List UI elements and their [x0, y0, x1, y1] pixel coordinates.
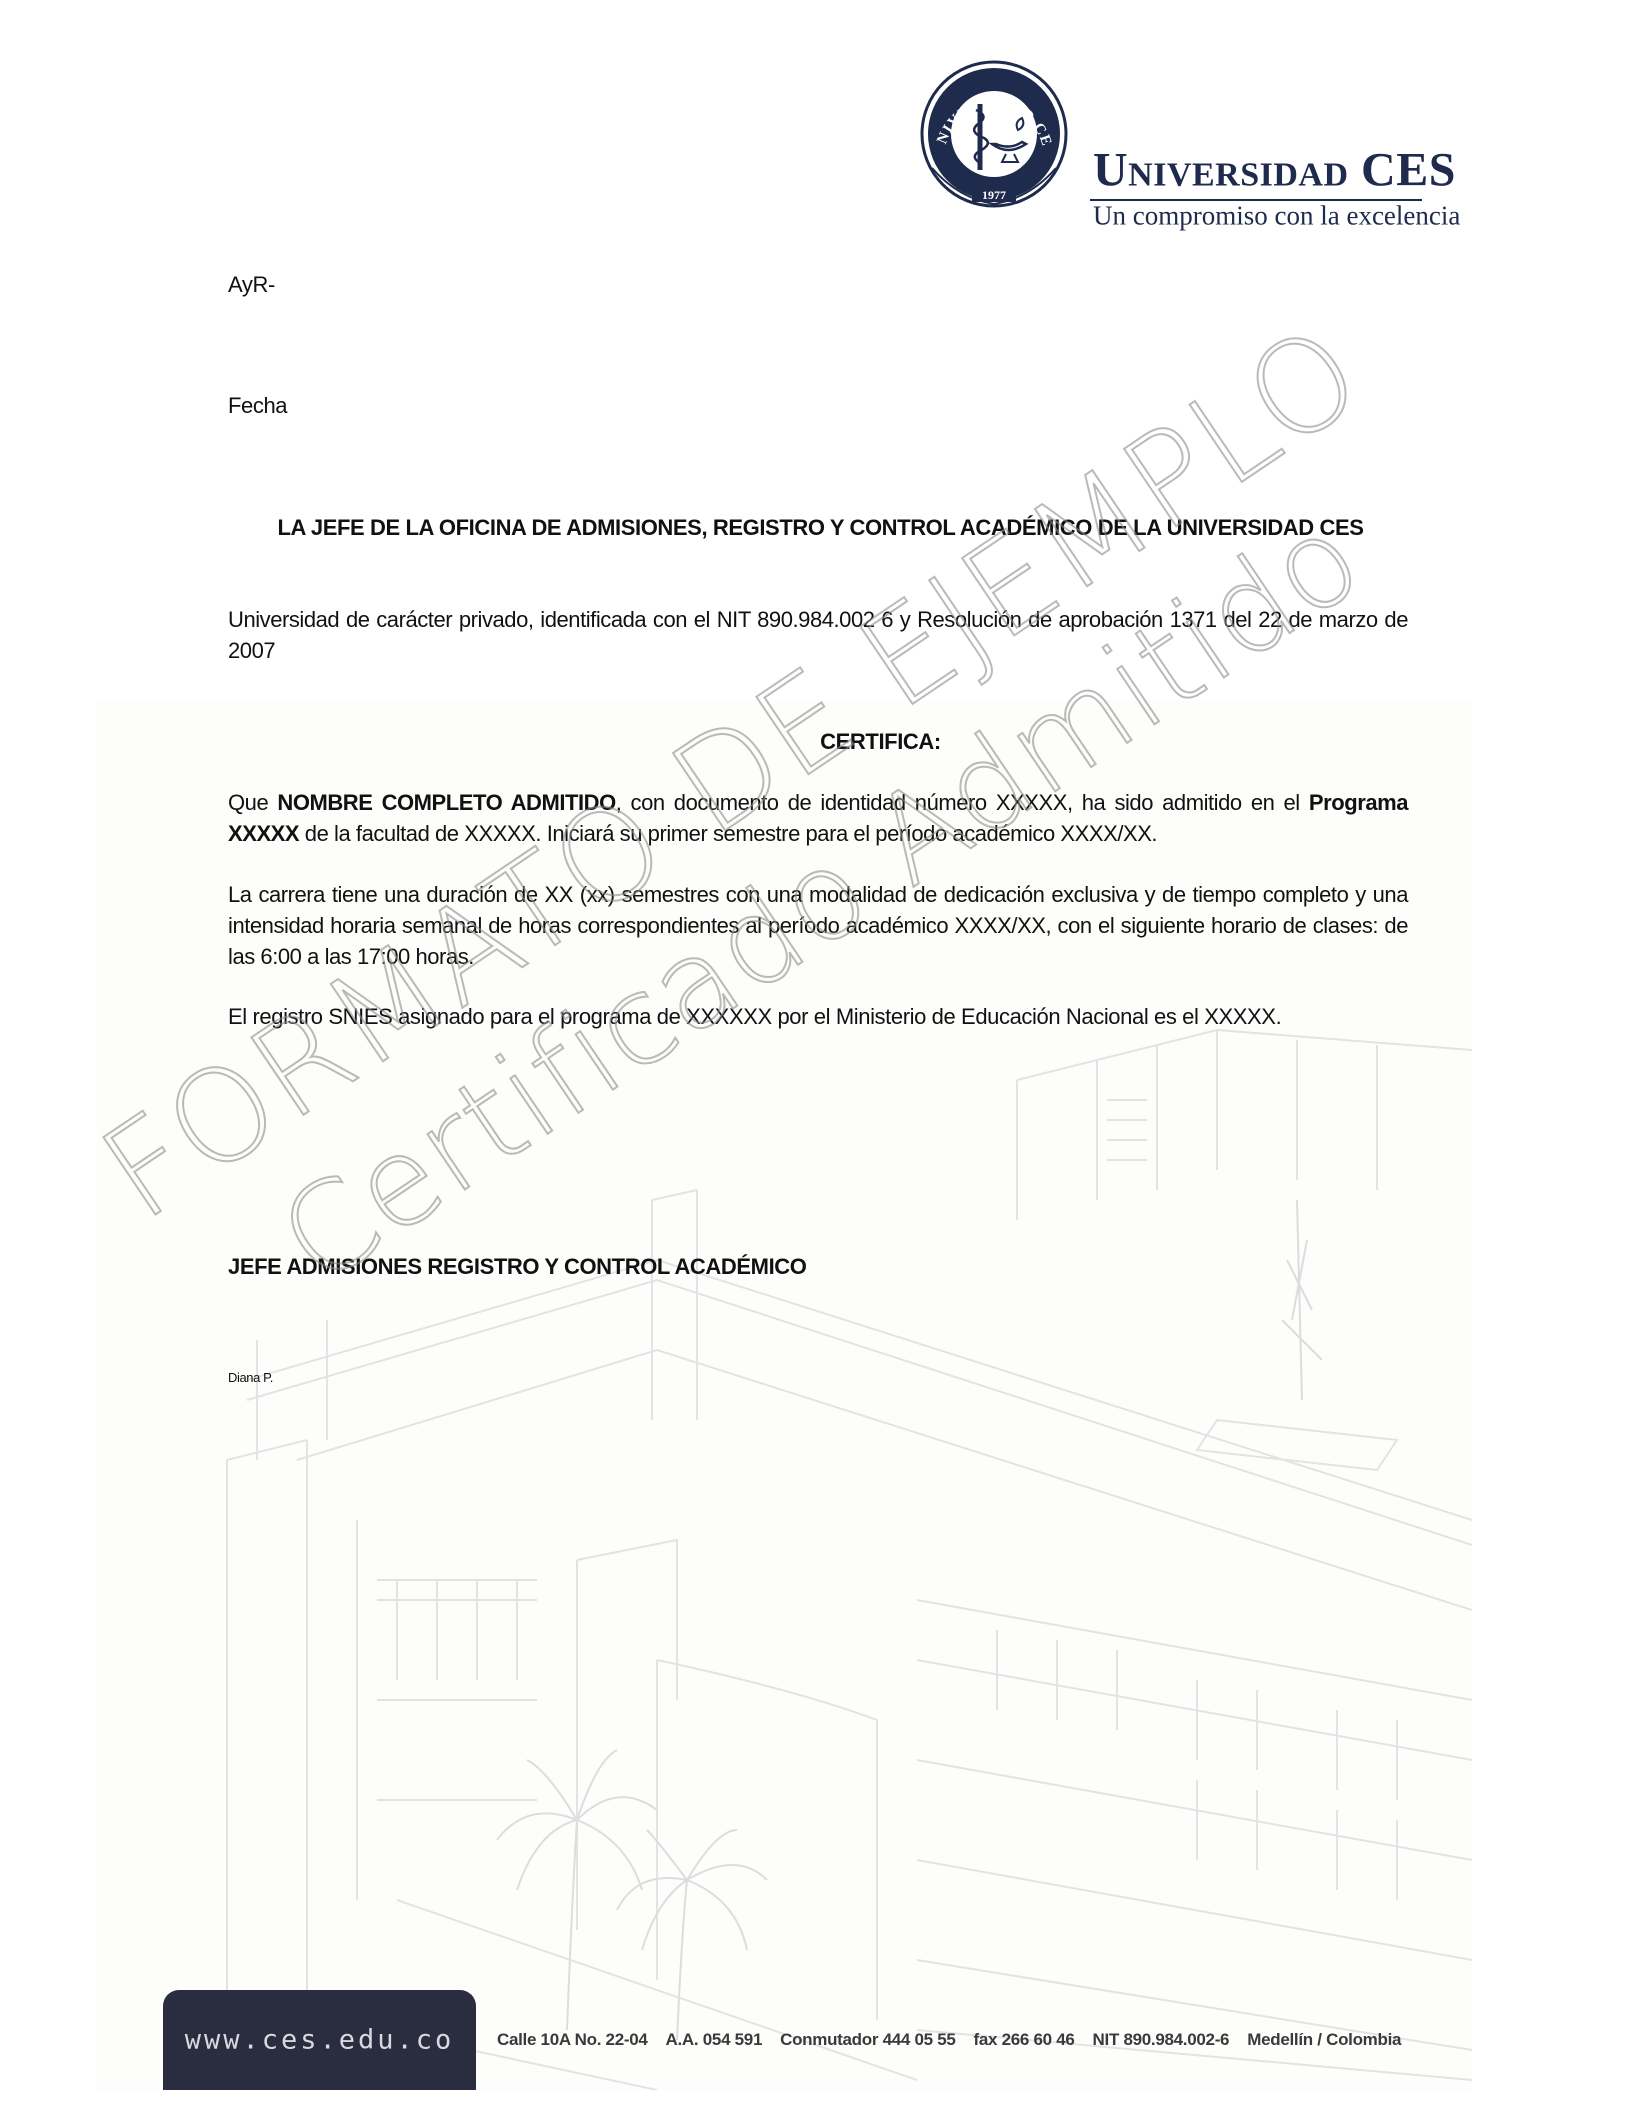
website-link[interactable]: www.ces.edu.co	[163, 2025, 476, 2056]
footer-switchboard: Conmutador 444 05 55	[780, 2030, 955, 2049]
logo-tagline: Un compromiso con la excelencia	[1093, 201, 1460, 232]
university-seal-icon: UNIVERSIDAD CES 1977	[918, 58, 1070, 210]
snies-paragraph: El registro SNIES asignado para el progr…	[228, 1004, 1281, 1030]
footer-contact-info: Calle 10A No. 22-04A.A. 054 591Conmutado…	[497, 2030, 1419, 2050]
footer-address: Calle 10A No. 22-04	[497, 2030, 648, 2049]
student-name: NOMBRE COMPLETO ADMITIDO	[277, 790, 615, 815]
logo-title: Universidad CES	[1093, 143, 1456, 198]
certificate-page: UNIVERSIDAD CES 1977 Universidad CES Un …	[0, 0, 1641, 2123]
footer-city: Medellín / Colombia	[1247, 2030, 1401, 2049]
admission-paragraph: Que NOMBRE COMPLETO ADMITIDO, con docume…	[228, 787, 1408, 849]
initials: Diana P.	[228, 1370, 273, 1385]
footer-fax: fax 266 60 46	[974, 2030, 1075, 2049]
reference-code: AyR-	[228, 272, 275, 298]
duration-paragraph: La carrera tiene una duración de XX (xx)…	[228, 879, 1408, 972]
issuer-title: LA JEFE DE LA OFICINA DE ADMISIONES, REG…	[0, 515, 1641, 541]
footer-po-box: A.A. 054 591	[666, 2030, 763, 2049]
seal-year: 1977	[982, 188, 1006, 202]
date-label: Fecha	[228, 393, 287, 419]
certifies-heading: CERTIFICA:	[60, 729, 1641, 755]
signature-title: JEFE ADMISIONES REGISTRO Y CONTROL ACADÉ…	[228, 1254, 807, 1280]
footer-website-box: www.ces.edu.co	[163, 1990, 476, 2090]
footer-nit: NIT 890.984.002-6	[1093, 2030, 1230, 2049]
university-logo: UNIVERSIDAD CES 1977 Universidad CES Un …	[918, 58, 1428, 213]
institution-paragraph: Universidad de carácter privado, identif…	[228, 604, 1408, 666]
